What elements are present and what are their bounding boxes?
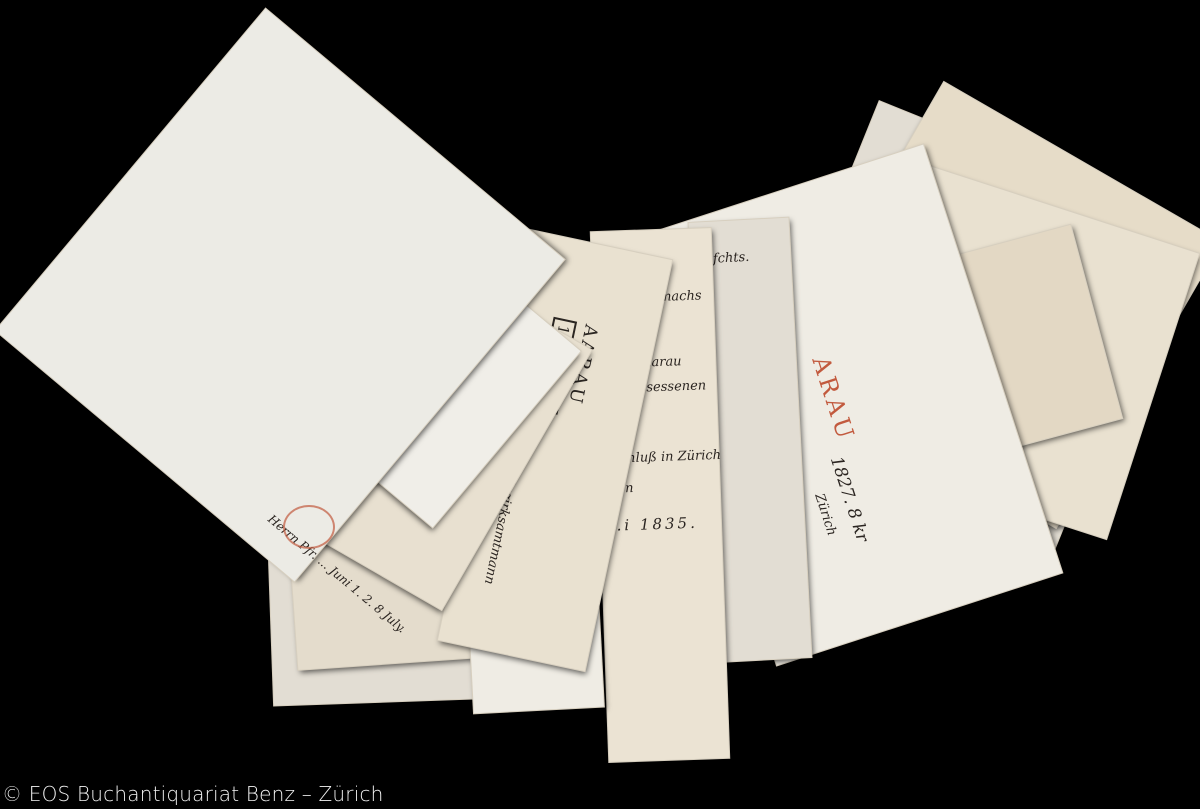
handwriting-address: Zürich bbox=[811, 492, 839, 538]
red-postmark bbox=[283, 505, 335, 549]
arau-red-stamp: ARAU bbox=[806, 353, 860, 446]
copyright-watermark: © EOS Buchantiquariat Benz – Zürich bbox=[2, 782, 384, 806]
photograph: geehrt Gehorsams. ... ARAU 1827. 8 kr Zü… bbox=[0, 0, 1200, 809]
